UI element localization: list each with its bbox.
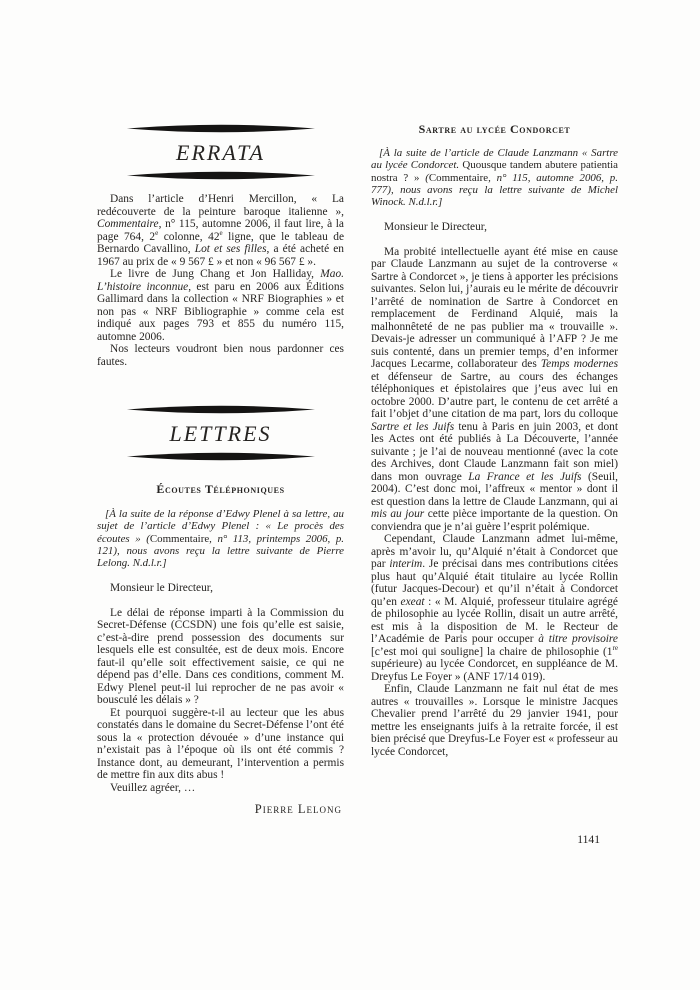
salutation: Monsieur le Directeur,: [371, 221, 618, 234]
swelled-rule-ornament: [127, 451, 315, 462]
right-column: Sartre au lycée Condorcet [À la suite de…: [371, 123, 618, 758]
editorial-note: [À la suite de la réponse d’Edwy Plenel …: [97, 508, 344, 569]
swelled-rule-ornament: [127, 170, 315, 181]
letter-signature: Pierre Lelong: [97, 803, 342, 816]
letter-paragraph: Enfin, Claude Lanzmann ne fait nul état …: [371, 683, 618, 758]
errata-paragraph: Le livre de Jung Chang et Jon Halliday, …: [97, 268, 344, 343]
lettres-section-title: LETTRES: [97, 422, 344, 446]
page-number: 1141: [371, 833, 600, 846]
letter-title-ecoutes: Écoutes Téléphoniques: [97, 483, 344, 496]
left-column: ERRATA Dans l’article d’Henri Mercillon,…: [97, 123, 344, 816]
letter-title-sartre: Sartre au lycée Condorcet: [371, 123, 618, 136]
swelled-rule-ornament: [127, 404, 315, 415]
letter-paragraph: Ma probité intellectuelle ayant été mise…: [371, 246, 618, 534]
magazine-page: ERRATA Dans l’article d’Henri Mercillon,…: [0, 0, 700, 990]
errata-paragraph: Dans l’article d’Henri Mercillon, « La r…: [97, 193, 344, 268]
swelled-rule-ornament: [127, 123, 315, 134]
errata-paragraph: Nos lecteurs voudront bien nous pardonne…: [97, 343, 344, 368]
editorial-note: [À la suite de l’article de Claude Lanzm…: [371, 147, 618, 208]
letter-paragraph: Et pourquoi suggère-t-il au lecteur que …: [97, 707, 344, 782]
letter-paragraph: Veuillez agréer, …: [97, 782, 344, 795]
salutation: Monsieur le Directeur,: [97, 582, 344, 595]
letter-paragraph: Cependant, Claude Lanzmann admet lui-mêm…: [371, 533, 618, 683]
errata-section-title: ERRATA: [97, 141, 344, 165]
letter-paragraph: Le délai de réponse imparti à la Commiss…: [97, 607, 344, 707]
